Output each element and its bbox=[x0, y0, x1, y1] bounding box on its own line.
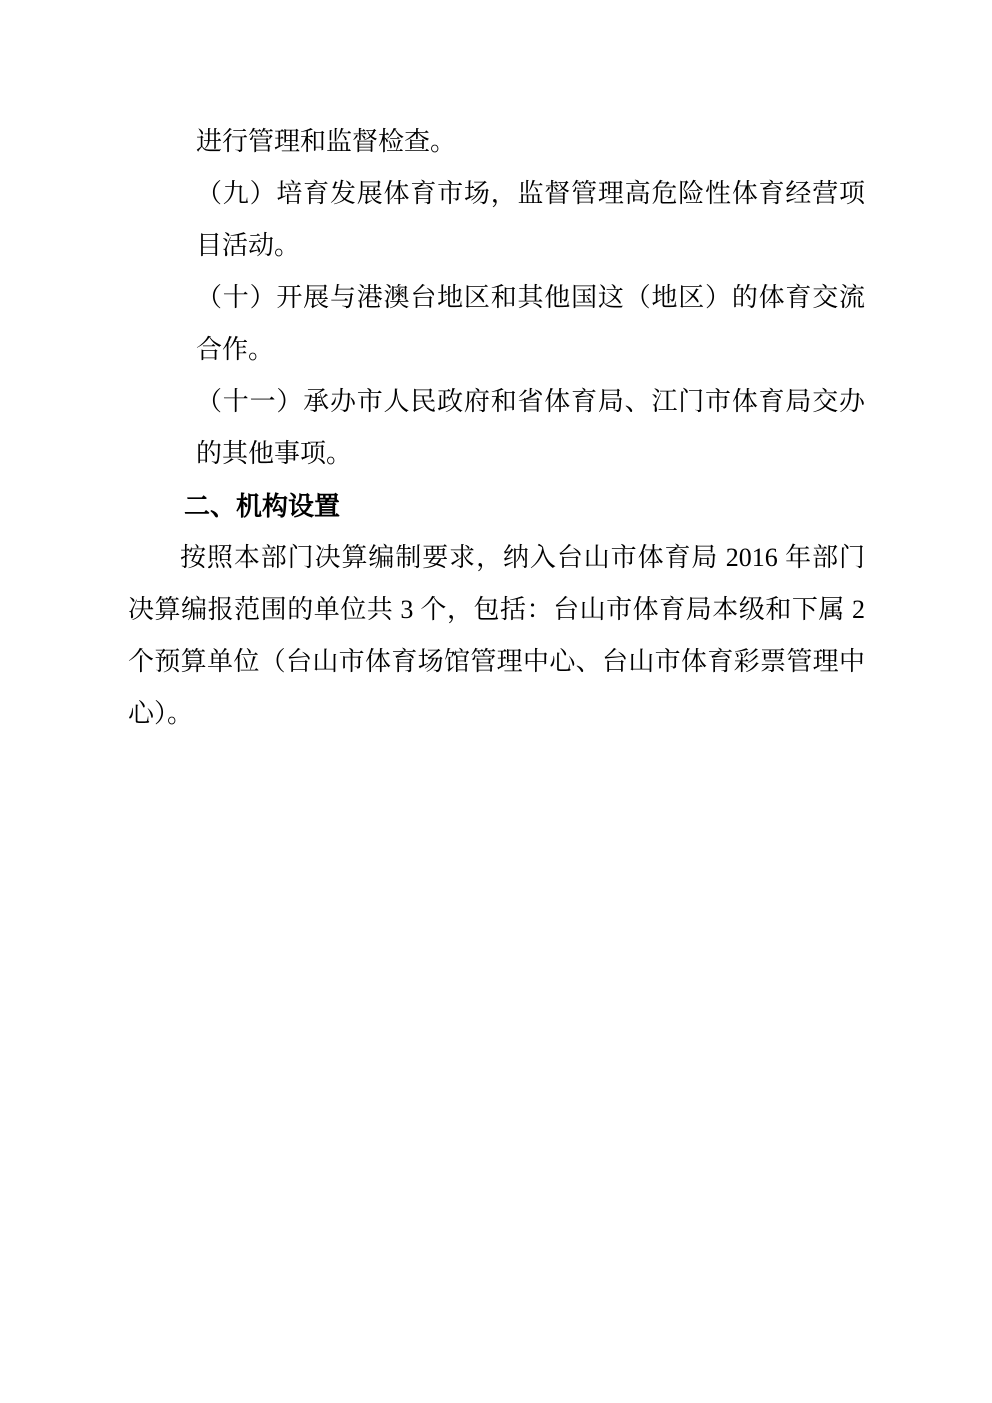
text-line: 心）。 bbox=[128, 688, 865, 740]
text-line: 合作。 bbox=[196, 324, 865, 376]
document-content: 进行管理和监督检查。 （九）培育发展体育市场，监督管理高危险性体育经营项 目活动… bbox=[128, 116, 865, 740]
section-heading: 二、机构设置 bbox=[184, 480, 865, 532]
text-line: （十）开展与港澳台地区和其他国这（地区）的体育交流 bbox=[196, 272, 865, 324]
text-line: 进行管理和监督检查。 bbox=[196, 116, 865, 168]
text-line: 目活动。 bbox=[196, 220, 865, 272]
text-line: 决算编报范围的单位共 3 个，包括：台山市体育局本级和下属 2 bbox=[128, 584, 865, 636]
text-line: 的其他事项。 bbox=[196, 428, 865, 480]
text-line: 按照本部门决算编制要求，纳入台山市体育局 2016 年部门 bbox=[180, 532, 865, 584]
text-line: （十一）承办市人民政府和省体育局、江门市体育局交办 bbox=[196, 376, 865, 428]
text-line: 个预算单位（台山市体育场馆管理中心、台山市体育彩票管理中 bbox=[128, 636, 865, 688]
document-page: 进行管理和监督检查。 （九）培育发展体育市场，监督管理高危险性体育经营项 目活动… bbox=[0, 0, 992, 1403]
text-line: （九）培育发展体育市场，监督管理高危险性体育经营项 bbox=[196, 168, 865, 220]
